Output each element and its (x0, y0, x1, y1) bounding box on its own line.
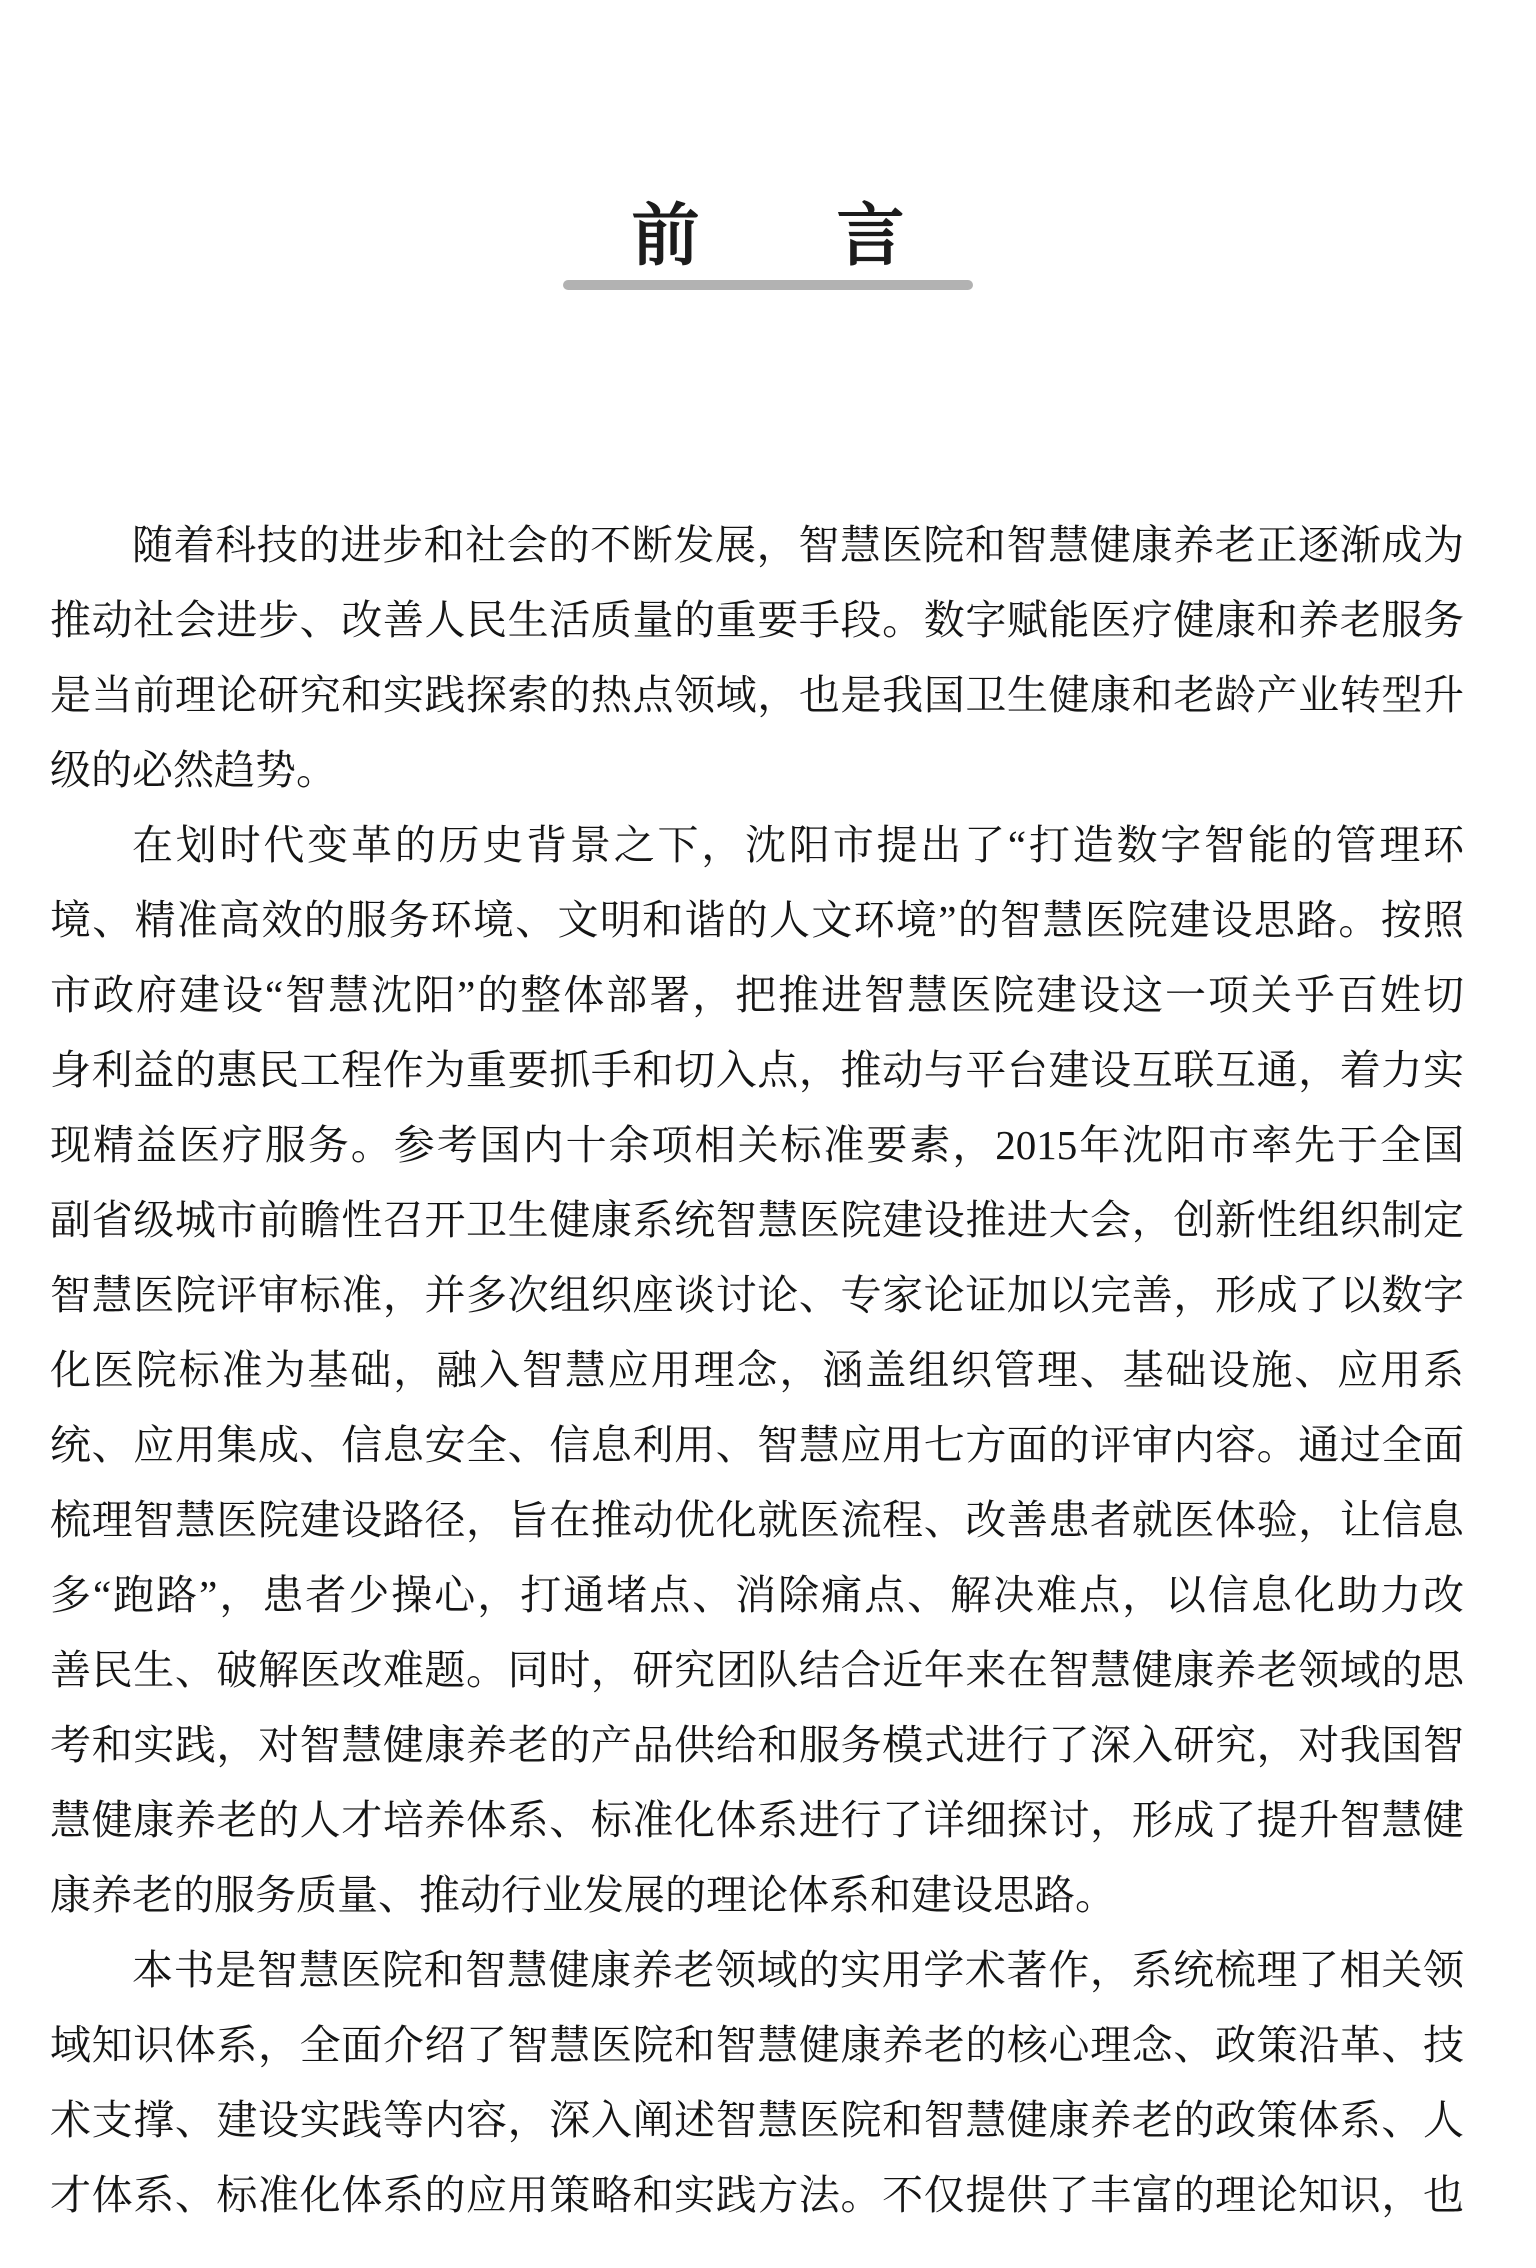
paragraph: 随着科技的进步和社会的不断发展，智慧医院和智慧健康养老正逐渐成为推动社会进步、改… (50, 508, 1464, 808)
text-line: 术支撑、建设实践等内容，深入阐述智慧医院和智慧健康养老的政策体系、人 (50, 2083, 1464, 2158)
text-line: 慧健康养老的人才培养体系、标准化体系进行了详细探讨，形成了提升智慧健 (50, 1783, 1464, 1858)
text-line: 随着科技的进步和社会的不断发展，智慧医院和智慧健康养老正逐渐成为 (50, 508, 1464, 583)
text-line: 级的必然趋势。 (50, 733, 1464, 808)
text-line: 多“跑路”，患者少操心，打通堵点、消除痛点、解决难点，以信息化助力改 (50, 1558, 1464, 1633)
title-char-qian: 前 (631, 202, 699, 270)
text-line: 善民生、破解医改难题。同时，研究团队结合近年来在智慧健康养老领域的思 (50, 1633, 1464, 1708)
text-line: 现精益医疗服务。参考国内十余项相关标准要素，2015年沈阳市率先于全国 (50, 1108, 1464, 1183)
text-line: 市政府建设“智慧沈阳”的整体部署，把推进智慧医院建设这一项关乎百姓切 (50, 958, 1464, 1033)
paragraph: 本书是智慧医院和智慧健康养老领域的实用学术著作，系统梳理了相关领域知识体系，全面… (50, 1933, 1464, 2233)
text-line: 考和实践，对智慧健康养老的产品供给和服务模式进行了深入研究，对我国智 (50, 1708, 1464, 1783)
text-line: 是当前理论研究和实践探索的热点领域，也是我国卫生健康和老龄产业转型升 (50, 658, 1464, 733)
paragraph: 在划时代变革的历史背景之下，沈阳市提出了“打造数字智能的管理环境、精准高效的服务… (50, 808, 1464, 1933)
text-line: 身利益的惠民工程作为重要抓手和切入点，推动与平台建设互联互通，着力实 (50, 1033, 1464, 1108)
text-line: 境、精准高效的服务环境、文明和谐的人文环境”的智慧医院建设思路。按照 (50, 883, 1464, 958)
page-title: 前 言 (0, 202, 1536, 270)
text-line: 统、应用集成、信息安全、信息利用、智慧应用七方面的评审内容。通过全面 (50, 1408, 1464, 1483)
title-underline-bar (563, 280, 973, 290)
text-line: 副省级城市前瞻性召开卫生健康系统智慧医院建设推进大会，创新性组织制定 (50, 1183, 1464, 1258)
book-page: 前 言 随着科技的进步和社会的不断发展，智慧医院和智慧健康养老正逐渐成为推动社会… (0, 0, 1536, 2268)
text-line: 在划时代变革的历史背景之下，沈阳市提出了“打造数字智能的管理环 (50, 808, 1464, 883)
text-line: 康养老的服务质量、推动行业发展的理论体系和建设思路。 (50, 1858, 1464, 1933)
text-line: 推动社会进步、改善人民生活质量的重要手段。数字赋能医疗健康和养老服务 (50, 583, 1464, 658)
text-line: 本书是智慧医院和智慧健康养老领域的实用学术著作，系统梳理了相关领 (50, 1933, 1464, 2008)
preface-body: 随着科技的进步和社会的不断发展，智慧医院和智慧健康养老正逐渐成为推动社会进步、改… (50, 508, 1464, 2233)
text-line: 梳理智慧医院建设路径，旨在推动优化就医流程、改善患者就医体验，让信息 (50, 1483, 1464, 1558)
text-line: 才体系、标准化体系的应用策略和实践方法。不仅提供了丰富的理论知识，也 (50, 2158, 1464, 2233)
text-line: 域知识体系，全面介绍了智慧医院和智慧健康养老的核心理念、政策沿革、技 (50, 2008, 1464, 2083)
text-line: 智慧医院评审标准，并多次组织座谈讨论、专家论证加以完善，形成了以数字 (50, 1258, 1464, 1333)
title-char-yan: 言 (837, 202, 905, 270)
text-line: 化医院标准为基础，融入智慧应用理念，涵盖组织管理、基础设施、应用系 (50, 1333, 1464, 1408)
